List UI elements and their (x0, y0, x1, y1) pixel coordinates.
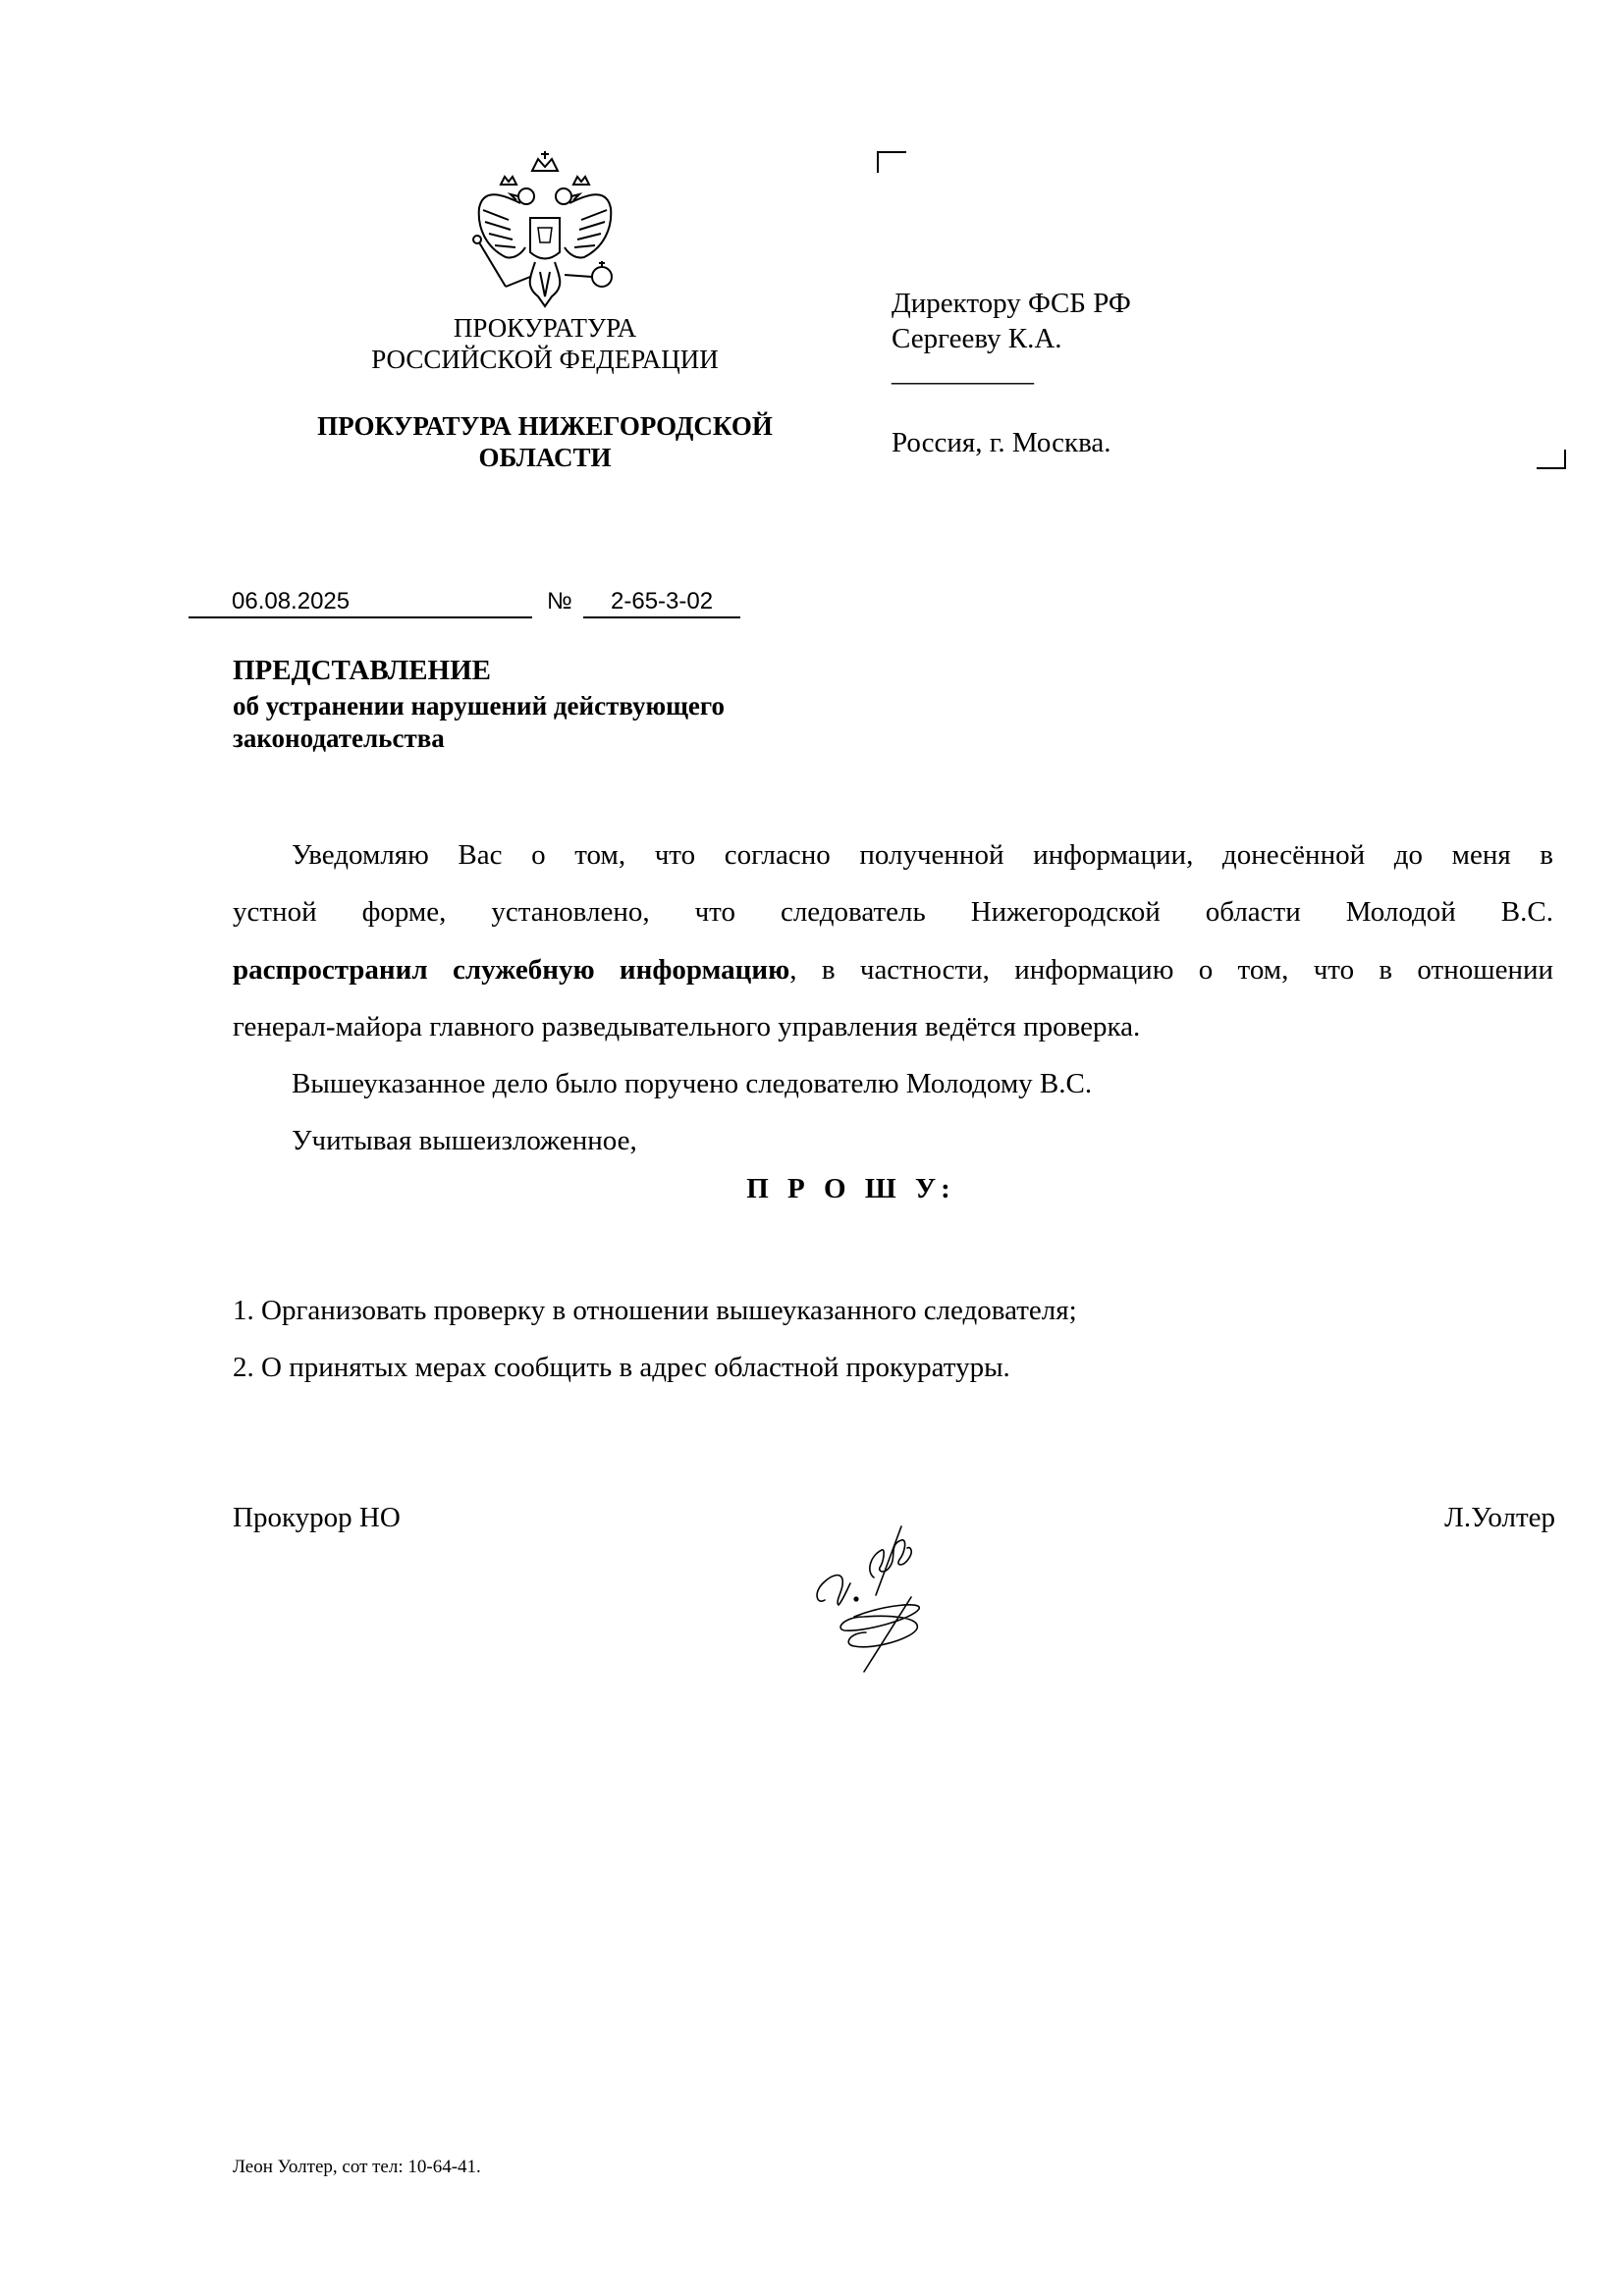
document-number: 2-65-3-02 (611, 587, 713, 616)
document-body: Уведомляю Вас о том, что согласно получе… (233, 827, 1553, 1170)
executor-contact: Леон Уолтер, сот тел: 10-64-41. (233, 2156, 481, 2179)
document-date: 06.08.2025 (232, 587, 350, 616)
address-corner-mark-top-left (877, 151, 906, 173)
org-name-line2: РОССИЙСКОЙ ФЕДЕРАЦИИ (299, 344, 790, 375)
document-title: ПРЕДСТАВЛЕНИЕ (233, 656, 491, 685)
request-heading: П Р О Ш У: (0, 1171, 1624, 1206)
org-name-line1: ПРОКУРАТУРА (299, 312, 790, 344)
body-paragraph2: Вышеуказанное дело было поручено следова… (233, 1055, 1553, 1112)
document-subtitle: об устранении нарушений действующего зак… (233, 690, 822, 755)
highlighted-violation: распространил служебную информацию (233, 954, 789, 986)
body-paragraph1-line3-rest: , в частности, информацию о том, что в о… (789, 954, 1553, 986)
body-paragraph3: Учитывая вышеизложенное, (233, 1112, 1553, 1169)
body-paragraph1-line4: генерал-майора главного разведывательног… (233, 998, 1553, 1055)
document-subtitle-line1: об устранении нарушений действующего (233, 690, 822, 722)
document-subtitle-line2: законодательства (233, 722, 822, 755)
document-meta: 06.08.2025 № 2-65-3-02 (189, 587, 738, 620)
body-paragraph1-line2: устной форме, установлено, что следовате… (233, 883, 1553, 940)
addressee-location: Россия, г. Москва. (892, 426, 1111, 459)
request-list: 1. Организовать проверку в отношении выш… (233, 1282, 1077, 1396)
body-paragraph1-line1: Уведомляю Вас о том, что согласно получе… (233, 827, 1553, 883)
number-sign: № (547, 587, 572, 616)
handwritten-signature-icon (795, 1507, 943, 1674)
addressee-position: Директору ФСБ РФ (892, 287, 1131, 320)
addressee-name: Сергееву К.А. (892, 322, 1062, 355)
addressee-blank-line: __________ (892, 355, 1034, 389)
body-paragraph1-line3: распространил служебную информацию, в ча… (233, 941, 1553, 998)
department-name-line2: ОБЛАСТИ (270, 442, 820, 473)
address-corner-mark-bottom-right (1537, 450, 1566, 469)
signatory-position: Прокурор НО (233, 1500, 401, 1535)
department-name-line1: ПРОКУРАТУРА НИЖЕГОРОДСКОЙ (270, 410, 820, 442)
request-item: 2. О принятых мерах сообщить в адрес обл… (233, 1339, 1077, 1396)
signatory-name: Л.Уолтер (1444, 1500, 1555, 1535)
coat-of-arms-icon (461, 149, 628, 316)
date-field: 06.08.2025 (189, 587, 532, 618)
request-item: 1. Организовать проверку в отношении выш… (233, 1282, 1077, 1339)
number-field: 2-65-3-02 (583, 587, 740, 618)
